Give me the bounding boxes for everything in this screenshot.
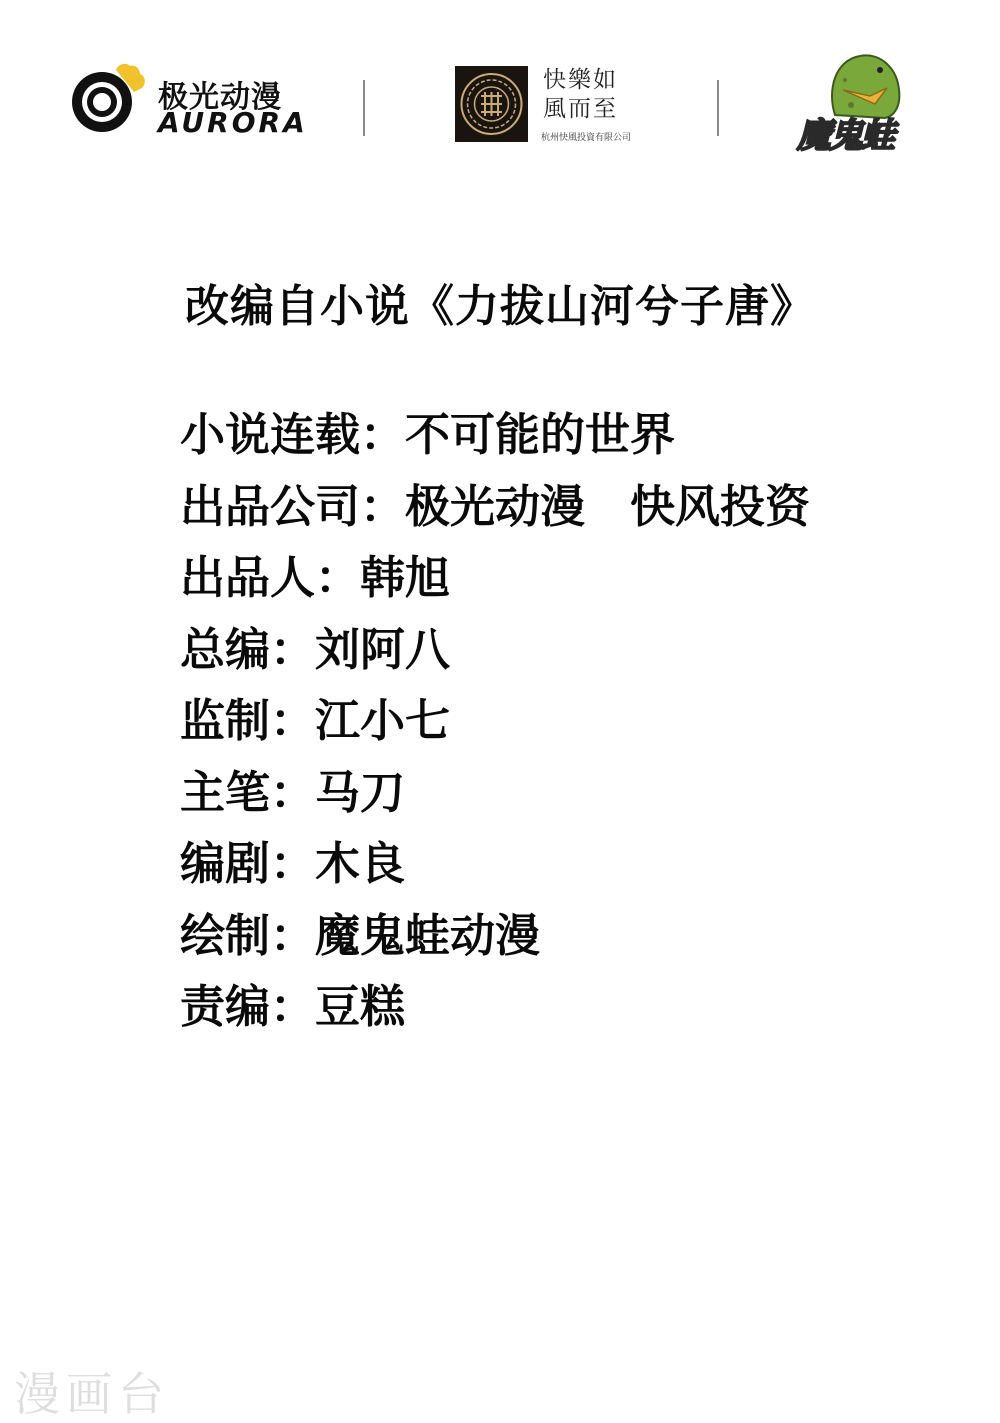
credit-label: 编剧：	[180, 837, 315, 890]
slogan-line-1: 快樂如	[543, 66, 643, 95]
credit-label: 小说连载：	[180, 408, 405, 461]
credit-value: 刘阿八	[315, 623, 450, 676]
credit-row-lead-artist: 主笔：马刀	[180, 762, 810, 834]
mogui-frog-name: 魔鬼蛙	[797, 108, 893, 157]
aurora-logo: 极光动漫 AURORA	[68, 62, 298, 142]
credit-row-editor: 责编：豆糕	[180, 976, 810, 1048]
kuaifeng-logo: 快樂如 風而至 杭州快風投資有限公司	[455, 66, 645, 146]
watermark: 漫画台	[14, 1358, 170, 1423]
adaptation-title: 改编自小说《力拔山河兮子唐》	[0, 270, 1000, 334]
credit-value: 魔鬼蛙动漫	[315, 909, 540, 962]
slogan-line-2: 風而至	[543, 95, 643, 124]
aurora-ring-icon	[68, 62, 148, 142]
credit-label: 出品公司：	[180, 480, 405, 533]
credit-row-producer: 出品人：韩旭	[180, 547, 810, 619]
credit-value: 马刀	[315, 766, 405, 819]
mogui-frog-logo: 魔鬼蛙	[795, 50, 925, 160]
credit-value: 木良	[315, 837, 405, 890]
knot-seal-icon	[455, 66, 528, 142]
credit-row-serialization: 小说连载：不可能的世界	[180, 404, 810, 476]
credit-label: 责编：	[180, 980, 315, 1033]
credit-value: 江小七	[315, 694, 450, 747]
credit-row-screenwriter: 编剧：木良	[180, 833, 810, 905]
divider	[717, 80, 719, 136]
credit-row-illustration: 绘制：魔鬼蛙动漫	[180, 905, 810, 977]
credit-label: 主笔：	[180, 766, 315, 819]
credit-label: 监制：	[180, 694, 315, 747]
credit-row-producer-company: 出品公司：极光动漫 快风投资	[180, 476, 810, 548]
credit-label: 绘制：	[180, 909, 315, 962]
credit-value: 韩旭	[360, 551, 450, 604]
credit-row-supervisor: 监制：江小七	[180, 690, 810, 762]
credits-list: 小说连载：不可能的世界 出品公司：极光动漫 快风投资 出品人：韩旭 总编：刘阿八…	[180, 404, 810, 1048]
kuaifeng-slogan: 快樂如 風而至	[543, 66, 643, 124]
logo-bar: 极光动漫 AURORA 快樂如 風而至 杭州快風投資有限公司 魔鬼蛙	[0, 0, 1000, 190]
aurora-name-en: AURORA	[158, 106, 308, 139]
credit-label: 出品人：	[180, 551, 360, 604]
credit-label: 总编：	[180, 623, 315, 676]
credit-value: 极光动漫 快风投资	[405, 480, 810, 533]
kuaifeng-company: 杭州快風投資有限公司	[541, 130, 631, 143]
credit-value: 豆糕	[315, 980, 405, 1033]
credit-value: 不可能的世界	[405, 408, 675, 461]
divider	[363, 80, 365, 136]
credit-row-chief-editor: 总编：刘阿八	[180, 619, 810, 691]
